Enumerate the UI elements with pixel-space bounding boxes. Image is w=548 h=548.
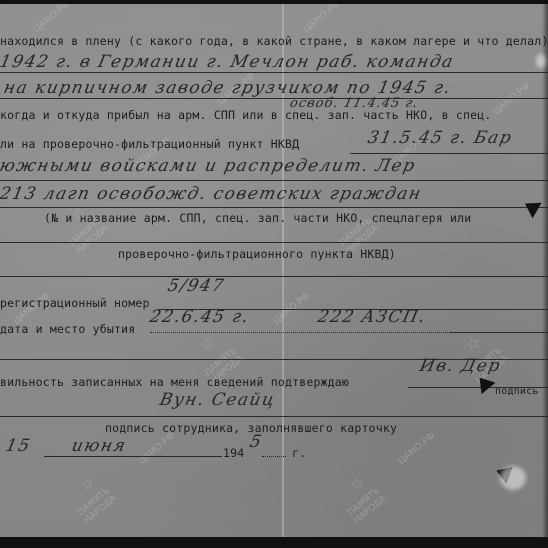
rule <box>44 456 222 457</box>
watermark-camo: ЦАМО.РФ <box>32 4 72 35</box>
paper-stain <box>536 54 546 68</box>
paper-tear <box>520 196 541 219</box>
confirm-label: вильность записанных на меня сведений по… <box>0 375 349 389</box>
captivity-prompt: находился в плену (с какого года, в како… <box>0 34 548 48</box>
watermark-camo: ЦАМО.РФ <box>137 431 177 467</box>
date-day: 15 <box>4 436 33 456</box>
card-paper: ЦАМО.РФ ЦАМО.РФ ЦАМО.РФ ЦАМО.РФ ЦАМО.РФ … <box>0 4 548 537</box>
date-year-digit: 5 <box>248 432 265 452</box>
rule <box>0 207 548 208</box>
rule <box>0 180 548 181</box>
star-watermark-icon: ☆ <box>347 472 367 496</box>
rule <box>350 153 548 154</box>
unit-caption: (№ и название арм. СПП, спец. зап. части… <box>44 211 471 225</box>
person-signature: Ив. Дер <box>418 356 503 376</box>
watermark-camo: ЦАМО.РФ <box>397 431 437 467</box>
reg-number-label: регистрационный номер <box>0 296 150 310</box>
star-watermark-icon: ☆ <box>463 332 483 356</box>
arrival-entry-line2: южными войсками и распределит. Лер <box>0 156 418 176</box>
reg-number-value: 5/947 <box>166 276 227 296</box>
rule <box>0 276 548 277</box>
year-prefix: 194 <box>223 446 244 460</box>
dotted-rule <box>262 456 286 458</box>
unit-caption-cont: проверочно-фильтрационного пункта НКВД) <box>118 247 396 261</box>
rule <box>0 98 548 99</box>
captivity-entry-line2: на кирпичном заводе грузчиком по 1945 г. <box>2 78 453 98</box>
star-watermark-icon: ☆ <box>197 332 217 356</box>
arrival-entry-line3: 213 лагп освобожд. советских граждан <box>0 184 424 204</box>
rule <box>450 332 548 333</box>
departure-date: 22.6.45 г. <box>148 307 252 327</box>
departure-place: 222 АЗСП. <box>316 307 428 327</box>
employee-signature: Вун. Сеайц <box>158 390 278 410</box>
year-suffix: г. <box>292 446 306 460</box>
arrival-prompt: когда и откуда прибыл на арм. СПП или в … <box>0 108 492 122</box>
star-watermark-icon: ☆ <box>77 472 97 496</box>
watermark-camo: ЦАМО.РФ <box>492 81 532 117</box>
rule <box>0 242 548 243</box>
paper-edge-shadow <box>542 4 548 537</box>
paper-stain <box>500 466 526 490</box>
arrival-entry-line1: 31.5.45 г. Бар <box>366 128 514 148</box>
captivity-entry-line1: 1942 г. в Германии г. Мечлон раб. команд… <box>0 52 456 72</box>
arrival-prompt-cont: ли на проверочно-фильтрационный пункт НК… <box>0 137 299 151</box>
document-scan: ЦАМО.РФ ЦАМО.РФ ЦАМО.РФ ЦАМО.РФ ЦАМО.РФ … <box>0 0 548 548</box>
departure-label: дата и место убытия <box>0 322 135 336</box>
signature-label: подпись <box>495 386 539 397</box>
dotted-rule <box>150 332 450 334</box>
rule <box>0 416 548 417</box>
date-month: июня <box>70 436 129 456</box>
watermark-camo: ЦАМО.РФ <box>302 4 342 35</box>
rule <box>0 72 548 73</box>
